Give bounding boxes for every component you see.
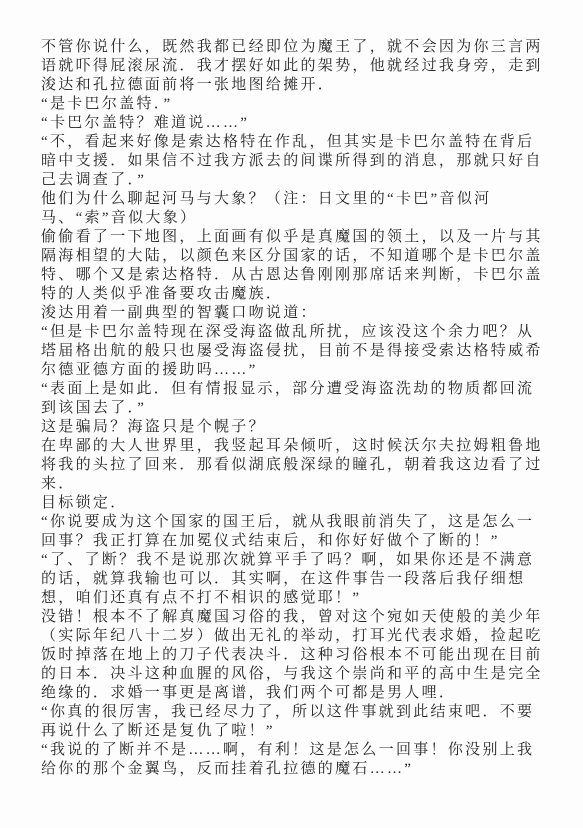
text-line: 语就吓得屁滚尿流．我才摆好如此的架势，他就经过我身旁，走到 bbox=[41, 57, 553, 76]
text-line: 给你的那个金翼鸟，反而挂着孔拉德的魔石……” bbox=[41, 760, 553, 779]
text-line: 的话，就算我输也可以．其实啊，在这件事告一段落后我仔细想 bbox=[41, 570, 553, 589]
text-line: 暗中支援．如果信不过我方派去的间谍所得到的消息，那就只好自 bbox=[41, 152, 553, 171]
text-line: “了、了断？我不是说那次就算平手了吗？啊，如果你还是不满意 bbox=[41, 551, 553, 570]
text-line: 浚达用着一副典型的智囊口吻说道： bbox=[41, 304, 553, 323]
text-line: 将我的头拉了回来．那看似湖底般深绿的瞳孔，朝着我这边看了过 bbox=[41, 456, 553, 475]
text-line: 尔德亚德方面的援助吗……” bbox=[41, 361, 553, 380]
text-line: “我说的了断并不是……啊，有利！这是怎么一回事！你没别上我 bbox=[41, 741, 553, 760]
text-line: 回事？我正打算在加冕仪式结束后，和你好好做个了断的！” bbox=[41, 532, 553, 551]
text-line: 饭时掉落在地上的刀子代表决斗．这种习俗根本不可能出现在目前 bbox=[41, 646, 553, 665]
text-line: 特、哪个又是索达格特．从古恩达鲁刚刚那席话来判断，卡巴尔盖 bbox=[41, 266, 553, 285]
text-line: 偷偷看了一下地图，上面画有似乎是真魔国的领土，以及一片与其 bbox=[41, 228, 553, 247]
text-line: 目标锁定． bbox=[41, 494, 553, 513]
text-line: 绝缘的．求婚一事更是离谱，我们两个可都是男人哩． bbox=[41, 684, 553, 703]
text-line: “卡巴尔盖特？难道说……” bbox=[41, 114, 553, 133]
text-line: 他们为什么聊起河马与大象？（注：日文里的“卡巴”音似河 bbox=[41, 190, 553, 209]
text-line: （实际年纪八十二岁）做出无礼的举动，打耳光代表求婚，捡起吃 bbox=[41, 627, 553, 646]
text-line: “但是卡巴尔盖特现在深受海盗做乱所扰，应该没这个余力吧？从 bbox=[41, 323, 553, 342]
text-line: “表面上是如此．但有情报显示，部分遭受海盗洗劫的物质都回流 bbox=[41, 380, 553, 399]
text-line: “不，看起来好像是索达格特在作乱，但其实是卡巴尔盖特在背后 bbox=[41, 133, 553, 152]
text-line: 己去调查了．” bbox=[41, 171, 553, 190]
text-line: 的日本．决斗这种血腥的风俗，与我这个崇尚和平的高中生是完全 bbox=[41, 665, 553, 684]
text-line: “你说要成为这个国家的国王后，就从我眼前消失了，这是怎么一 bbox=[41, 513, 553, 532]
text-line: 塔届格出航的般只也屡受海盗侵扰，目前不是得接受索达格特威希 bbox=[41, 342, 553, 361]
document-page: 不管你说什么，既然我都已经即位为魔王了，就不会因为你三言两语就吓得屁滚尿流．我才… bbox=[0, 0, 583, 828]
text-line: 马、“索”音似大象） bbox=[41, 209, 553, 228]
body-text: 不管你说什么，既然我都已经即位为魔王了，就不会因为你三言两语就吓得屁滚尿流．我才… bbox=[41, 38, 553, 779]
text-line: 没错！根本不了解真魔国习俗的我，曾对这个宛如天使般的美少年 bbox=[41, 608, 553, 627]
text-line: 隔海相望的大陆，以颜色来区分国家的话，不知道哪个是卡巴尔盖 bbox=[41, 247, 553, 266]
text-line: 不管你说什么，既然我都已经即位为魔王了，就不会因为你三言两 bbox=[41, 38, 553, 57]
text-line: 到该国去了．” bbox=[41, 399, 553, 418]
text-line: 在卑鄙的大人世界里，我竖起耳朵倾听，这时候沃尔夫拉姆粗鲁地 bbox=[41, 437, 553, 456]
text-line: 来． bbox=[41, 475, 553, 494]
text-line: 再说什么了断还是复仇了啦！” bbox=[41, 722, 553, 741]
text-line: “是卡巴尔盖特．” bbox=[41, 95, 553, 114]
text-line: “你真的很厉害，我已经尽力了，所以这件事就到此结束吧．不要 bbox=[41, 703, 553, 722]
text-line: 想，咱们还真有点不打不相识的感觉耶！” bbox=[41, 589, 553, 608]
text-line: 浚达和孔拉德面前将一张地图给摊开． bbox=[41, 76, 553, 95]
text-line: 这是骗局？海盗只是个幌子？ bbox=[41, 418, 553, 437]
text-line: 特的人类似乎准备要攻击魔族． bbox=[41, 285, 553, 304]
